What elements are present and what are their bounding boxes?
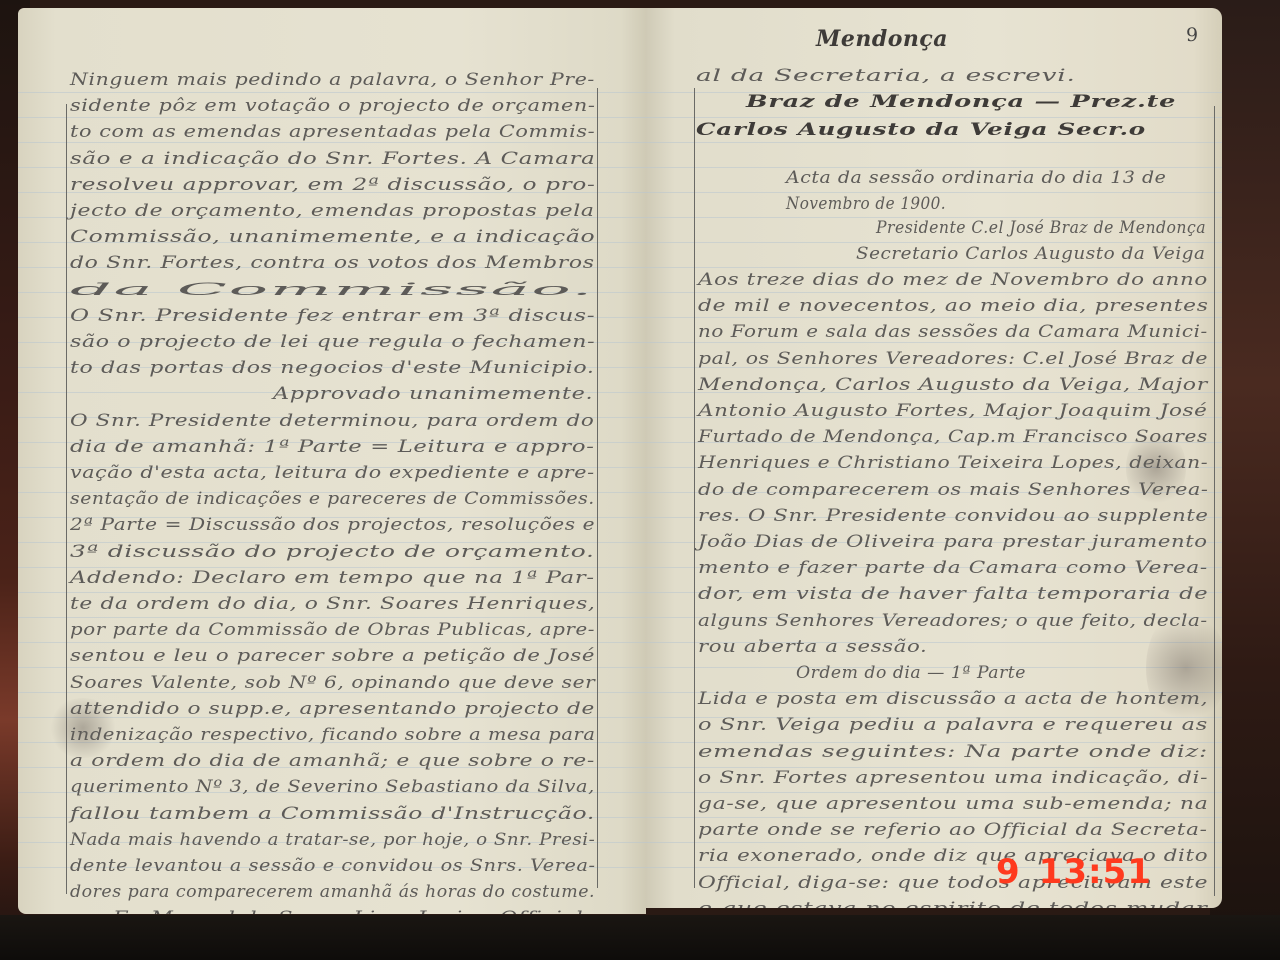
handwritten-line: Antonio Augusto Fortes, Major Joaquim Jo… (698, 401, 1208, 421)
handwritten-line: Approvado unanimemente. (273, 384, 593, 404)
handwritten-line: Eu Manoel de Sousa Lima Junior, Official (113, 908, 583, 914)
handwritten-line: Henriques e Christiano Teixeira Lopes, d… (698, 453, 1208, 473)
handwritten-line: vação d'esta acta, leitura do expediente… (70, 463, 595, 483)
handwritten-line: alguns Senhores Vereadores; o que feito,… (698, 611, 1208, 631)
left-margin-rule (66, 104, 67, 894)
handwritten-line: da Commissão. (70, 280, 594, 300)
handwritten-line: al da Secretaria, a escrevi. (696, 66, 1076, 86)
handwritten-line: rou aberta a sessão. (698, 637, 927, 657)
handwritten-line: o Snr. Veiga pediu a palavra e requereu … (698, 715, 1208, 735)
handwritten-line: resolveu approvar, em 2ª discussão, o pr… (70, 175, 595, 195)
handwritten-line: no Forum e sala das sessões da Camara Mu… (698, 322, 1208, 342)
right-margin-rule (597, 88, 598, 888)
handwritten-line: Ordem do dia — 1ª Parte (796, 663, 1026, 683)
handwritten-line: Soares Valente, sob Nº 6, opinando que d… (70, 673, 595, 693)
handwritten-line: dores para comparecerem amanhã ás horas … (70, 882, 595, 902)
handwritten-line: res. O Snr. Presidente convidou ao suppl… (698, 506, 1209, 526)
handwritten-line: Lida e posta em discussão a acta de hont… (698, 689, 1208, 709)
handwritten-line: parte onde se referio ao Official da Sec… (698, 820, 1208, 840)
handwritten-line: 2ª Parte = Discussão dos projectos, reso… (70, 515, 595, 535)
left-page: Ninguem mais pedindo a palavra, o Senhor… (18, 8, 646, 914)
handwritten-line: mento e fazer parte da Camara como Verea… (698, 558, 1208, 578)
timestamp-day: 9 (996, 852, 1021, 892)
handwritten-line: ga-se, que apresentou uma sub-emenda; na (698, 794, 1208, 814)
handwritten-line: por parte da Commissão de Obras Publicas… (70, 620, 595, 640)
handwritten-line: Nada mais havendo a tratar-se, por hoje,… (70, 830, 595, 850)
handwritten-line: o Snr. Fortes apresentou uma indicação, … (698, 768, 1208, 788)
handwritten-line: Addendo: Declaro em tempo que na 1ª Par- (70, 568, 595, 588)
right-margin-rule (1214, 106, 1215, 896)
handwritten-line: sentação de indicações e pareceres de Co… (70, 489, 595, 509)
handwritten-line: do Snr. Fortes, contra os votos dos Memb… (70, 253, 595, 273)
handwritten-line: jecto de orçamento, emendas propostas pe… (70, 201, 595, 221)
handwritten-line: Commissão, unanimemente, e a indicação (70, 227, 595, 247)
handwritten-line: do de comparecerem os mais Senhores Vere… (698, 480, 1209, 500)
handwritten-line: fallou tambem a Commissão d'Instrucção. (70, 804, 595, 824)
handwritten-line: attendido o supp.e, apresentando project… (70, 699, 595, 719)
handwritten-line: dia de amanhã: 1ª Parte = Leitura e appr… (70, 437, 595, 457)
handwritten-line: Secretario Carlos Augusto da Veiga (856, 244, 1206, 264)
handwritten-line: de mil e novecentos, ao meio dia, presen… (698, 296, 1209, 316)
handwritten-line: pal, os Senhores Vereadores: C.el José B… (698, 349, 1208, 369)
handwritten-line: Aos treze dias do mez de Novembro do ann… (698, 270, 1208, 290)
handwritten-line: a ordem do dia de amanhã; e que sobre o … (70, 751, 595, 771)
handwritten-line: emendas seguintes: Na parte onde diz: (698, 742, 1208, 762)
handwritten-line: e que estava no espirito de todos mudar (698, 899, 1208, 908)
handwritten-line: to com as emendas apresentadas pela Comm… (70, 122, 595, 142)
handwritten-line: Braz de Mendonça — Prez.te (746, 92, 1176, 112)
timestamp-time: 13:51 (1039, 852, 1152, 892)
handwritten-line: 3ª discussão do projecto de orçamento. (70, 542, 595, 562)
handwritten-line: Furtado de Mendonça, Cap.m Francisco Soa… (698, 427, 1208, 447)
handwritten-line: O Snr. Presidente fez entrar em 3ª discu… (70, 306, 595, 326)
handwritten-line: sidente pôz em votação o projecto de orç… (70, 96, 596, 116)
handwritten-line: são o projecto de lei que regula o fecha… (70, 332, 595, 352)
page-header-name: Mendonça (816, 26, 948, 52)
handwritten-line: Novembro de 1900. (786, 194, 946, 214)
right-page: Mendonça 9 al da Secretaria, a escrevi.B… (646, 8, 1222, 908)
handwritten-line: Ninguem mais pedindo a palavra, o Senhor… (70, 70, 595, 90)
handwritten-line: sentou e leu o parecer sobre a petição d… (70, 646, 595, 666)
handwritten-line: O Snr. Presidente determinou, para ordem… (70, 411, 594, 431)
handwritten-line: dor, em vista de haver falta temporaria … (698, 584, 1208, 604)
handwritten-line: to das portas dos negocios d'este Munici… (70, 358, 595, 378)
page-number: 9 (1186, 24, 1198, 46)
handwritten-line: dente levantou a sessão e convidou os Sn… (70, 856, 596, 876)
handwritten-line: Mendonça, Carlos Augusto da Veiga, Major (698, 375, 1208, 395)
table-surface (0, 915, 1280, 960)
handwritten-line: Acta da sessão ordinaria do dia 13 de (786, 168, 1166, 188)
handwritten-line: te da ordem do dia, o Snr. Soares Henriq… (70, 594, 596, 614)
handwritten-line: são e a indicação do Snr. Fortes. A Cama… (70, 149, 595, 169)
left-margin-rule (694, 88, 695, 888)
camera-timestamp: 913:51 (996, 852, 1170, 892)
handwritten-line: João Dias de Oliveira para prestar juram… (698, 532, 1208, 552)
handwritten-line: Carlos Augusto da Veiga Secr.o (696, 120, 1146, 140)
handwritten-line: querimento Nº 3, de Severino Sebastiano … (70, 777, 595, 797)
handwritten-line: Presidente C.el José Braz de Mendonça (876, 218, 1206, 238)
handwritten-line: indenização respectivo, ficando sobre a … (70, 725, 596, 745)
